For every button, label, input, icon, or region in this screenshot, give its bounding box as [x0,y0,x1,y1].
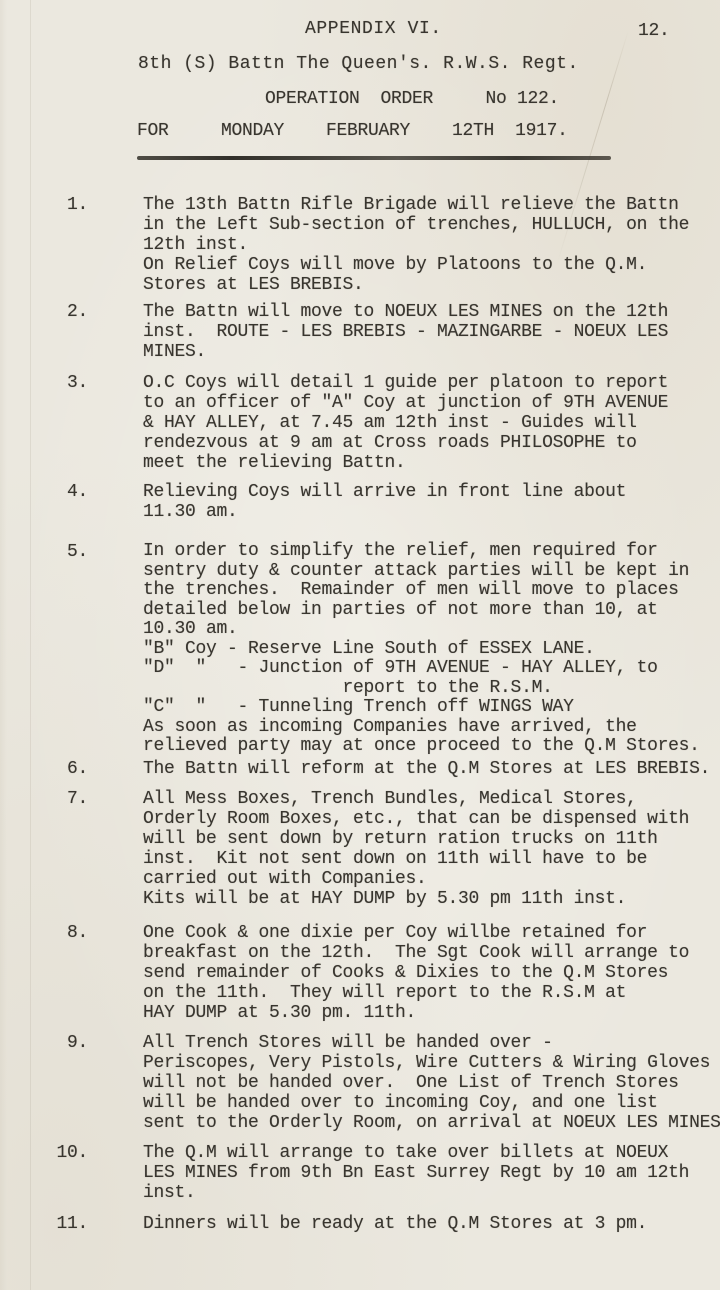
paragraph-text: All Trench Stores will be handed over - … [143,1033,720,1133]
paragraph-number: 9. [0,1033,88,1053]
paragraph-text: Relieving Coys will arrive in front line… [143,482,626,522]
unit-title: 8th (S) Battn The Queen's. R.W.S. Regt. [138,54,579,74]
paragraph-number: 5. [0,542,88,562]
order-date-line: FOR MONDAY FEBRUARY 12TH 1917. [137,121,568,141]
paragraph-text: One Cook & one dixie per Coy willbe reta… [143,923,689,1023]
order-paragraph: 1. The 13th Battn Rifle Brigade will rel… [0,195,720,295]
order-paragraph: 7. All Mess Boxes, Trench Bundles, Medic… [0,789,720,909]
paragraph-number: 3. [0,373,88,393]
paragraph-number: 8. [0,923,88,943]
paragraph-number: 6. [0,759,88,779]
order-paragraph: 10. The Q.M will arrange to take over bi… [0,1143,720,1203]
order-paragraph: 11. Dinners will be ready at the Q.M Sto… [0,1214,720,1234]
scanned-document-page: APPENDIX VI. 12. 8th (S) Battn The Queen… [0,0,720,1290]
paragraph-number: 4. [0,482,88,502]
order-paragraph: 9. All Trench Stores will be handed over… [0,1033,720,1133]
appendix-title: APPENDIX VI. [305,19,442,39]
paragraph-number: 10. [0,1143,88,1163]
order-paragraph: 4. Relieving Coys will arrive in front l… [0,482,720,522]
paragraph-text: O.C Coys will detail 1 guide per platoon… [143,373,668,473]
operation-order-title: OPERATION ORDER No 122. [265,89,559,109]
paragraph-number: 11. [0,1214,88,1234]
paragraph-number: 7. [0,789,88,809]
paragraph-text: The Battn will reform at the Q.M Stores … [143,759,710,779]
paragraph-text: In order to simplify the relief, men req… [143,542,700,757]
order-paragraph: 8. One Cook & one dixie per Coy willbe r… [0,923,720,1023]
page-number: 12. [638,21,670,41]
order-paragraph: 2. The Battn will move to NOEUX LES MINE… [0,302,720,362]
paragraph-text: The Battn will move to NOEUX LES MINES o… [143,302,668,362]
order-paragraph: 3. O.C Coys will detail 1 guide per plat… [0,373,720,473]
paragraph-text: The Q.M will arrange to take over billet… [143,1143,689,1203]
header-rule [137,156,611,160]
order-paragraph: 6. The Battn will reform at the Q.M Stor… [0,759,720,779]
paragraph-number: 1. [0,195,88,215]
paragraph-text: Dinners will be ready at the Q.M Stores … [143,1214,647,1234]
paragraph-text: All Mess Boxes, Trench Bundles, Medical … [143,789,689,909]
order-paragraph: 5. In order to simplify the relief, men … [0,542,720,757]
paragraph-number: 2. [0,302,88,322]
paragraph-text: The 13th Battn Rifle Brigade will reliev… [143,195,689,295]
order-paragraphs: 1. The 13th Battn Rifle Brigade will rel… [0,195,720,1243]
